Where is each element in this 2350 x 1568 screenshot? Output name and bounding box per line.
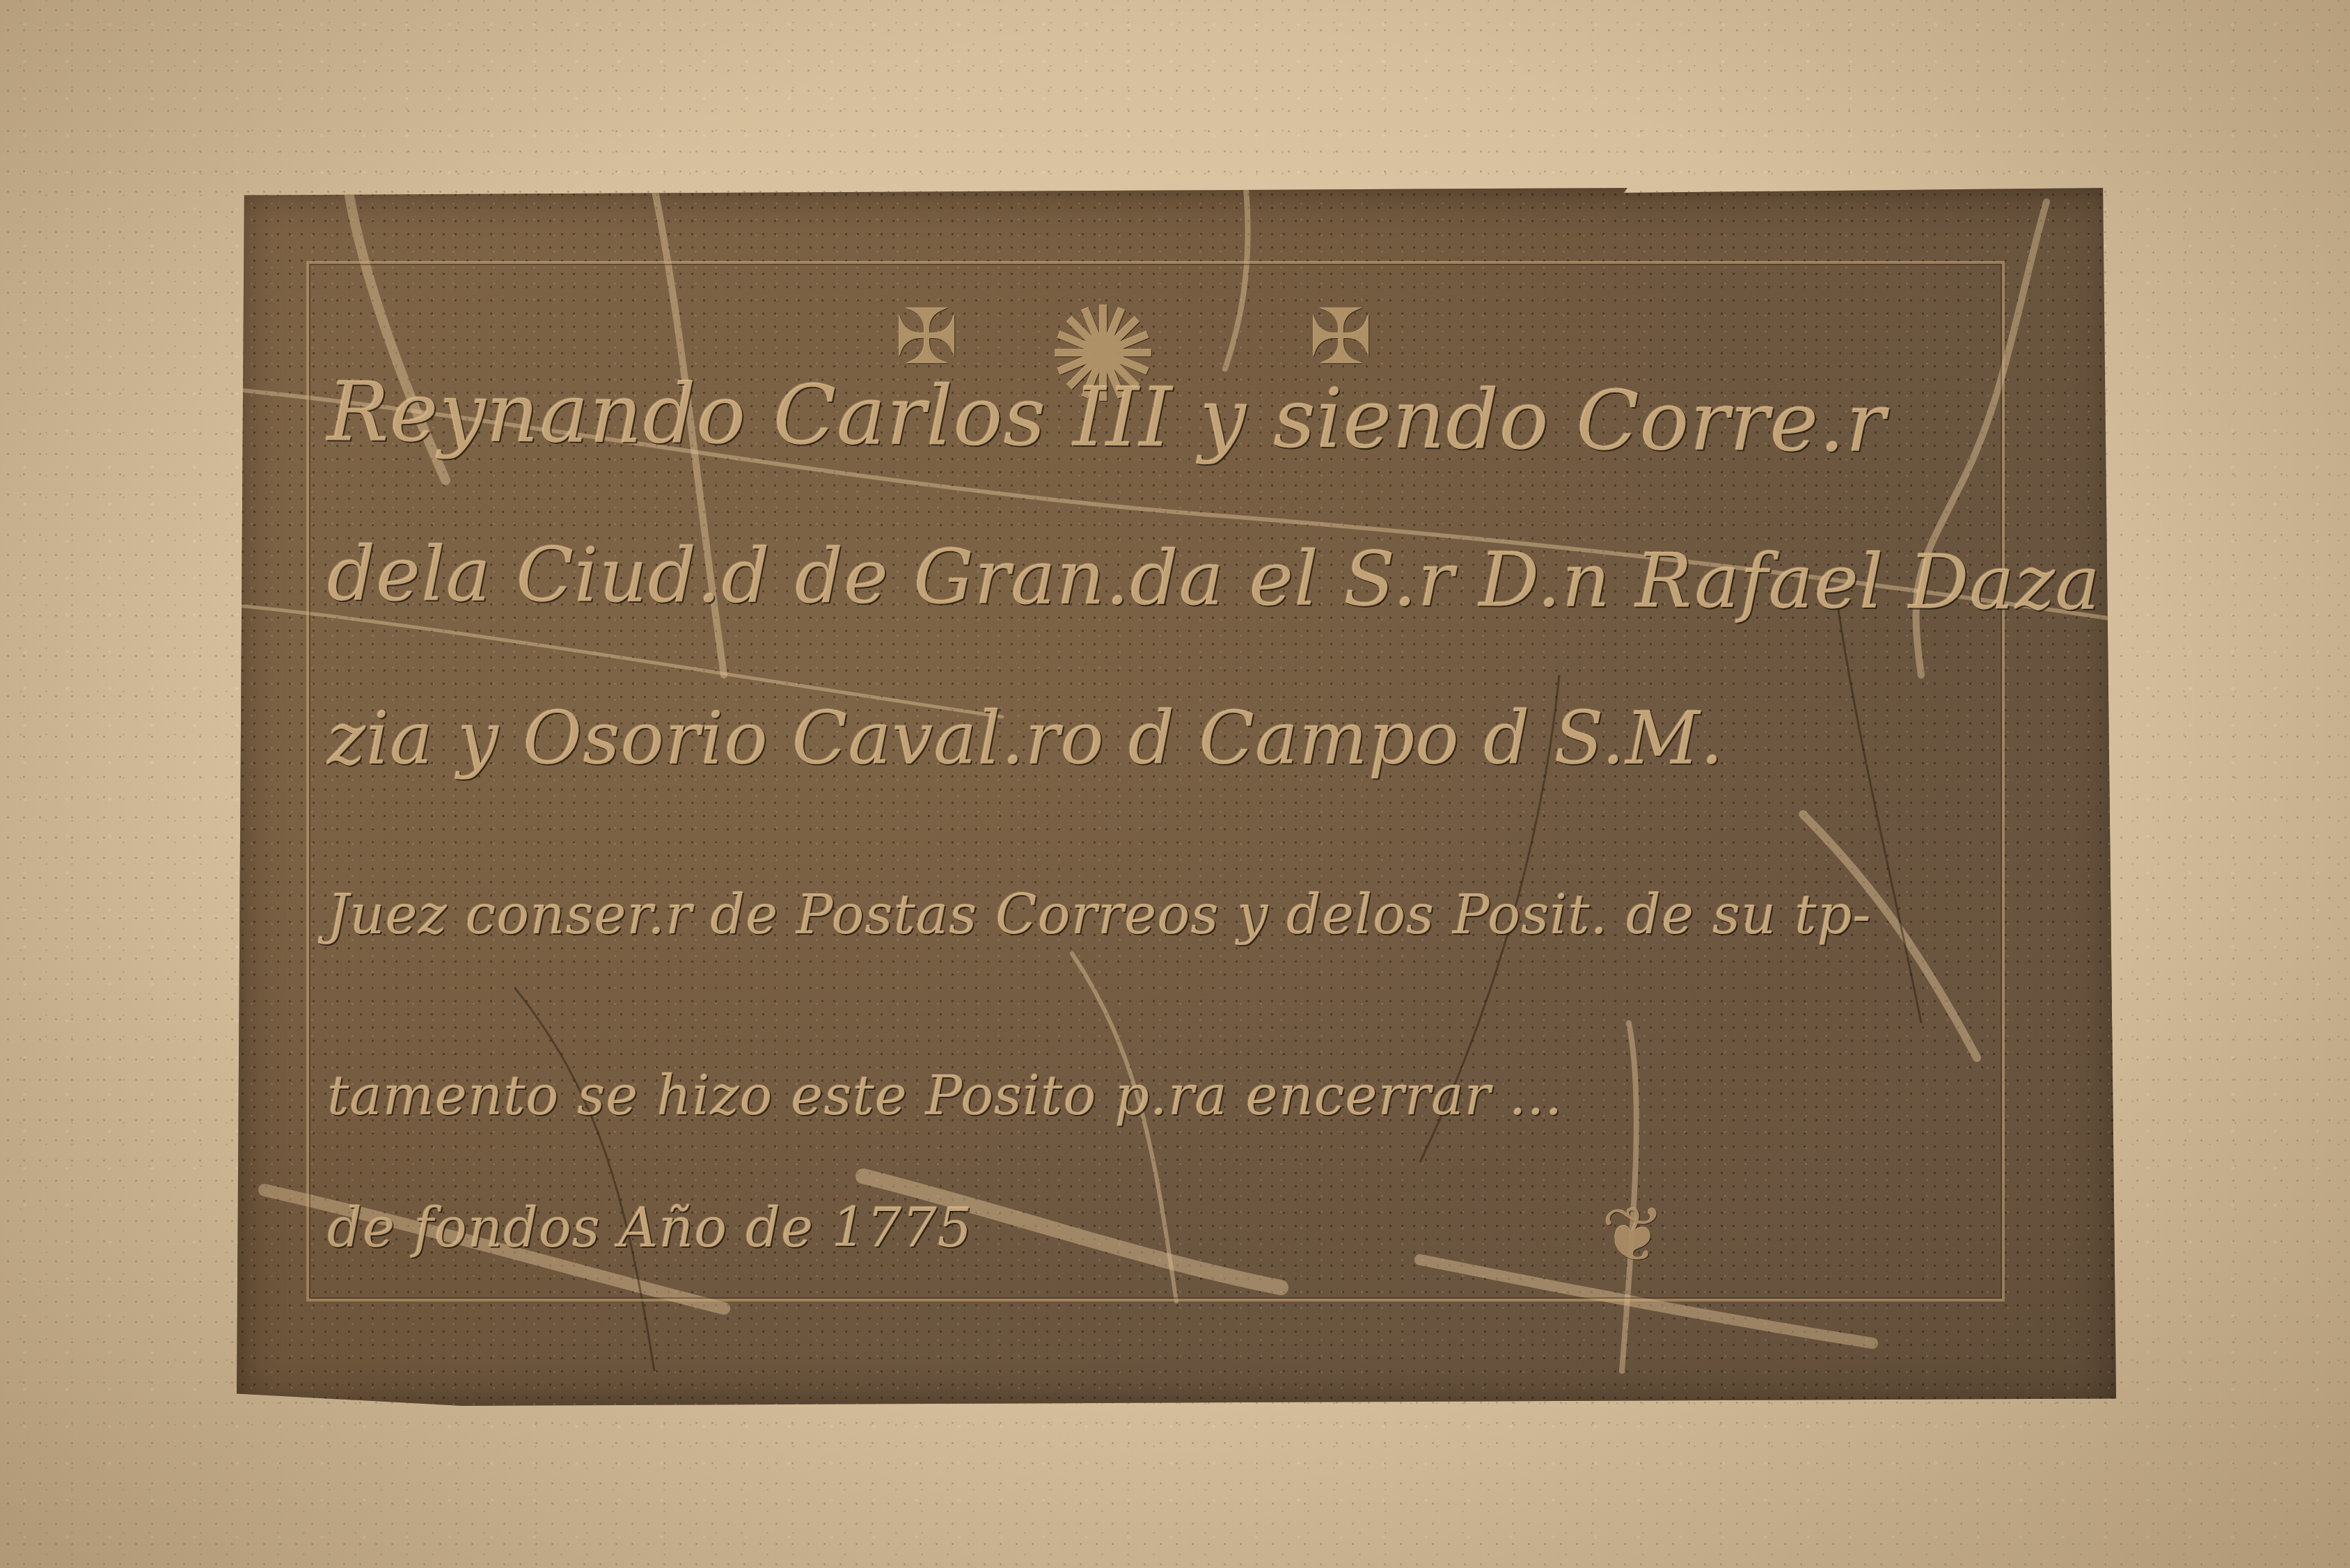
inscription-line: Juez conser.r de Postas Correos y delos … <box>327 884 1872 947</box>
inscription-line: dela Ciud.d de Gran.da el S.r D.n Rafael… <box>327 531 2299 628</box>
cross-pattee-icon: ✠ <box>1309 292 1373 381</box>
inscription-line: de fondos Año de 1775 <box>327 1197 972 1260</box>
inscription: Reynando Carlos III y siendo Corre.r del… <box>327 369 1984 1288</box>
stone-plaque: ✠ ✺ ✠ Reynando Carlos III y siendo Corre… <box>237 188 2116 1406</box>
floral-flourish-icon: ❦ <box>1601 1190 1665 1279</box>
inscription-line: Reynando Carlos III y siendo Corre.r <box>327 363 1886 470</box>
inscription-line: zia y Osorio Caval.ro d Campo d S.M. <box>327 696 1724 781</box>
inscription-line: tamento se hizo este Posito p.ra encerra… <box>327 1065 1563 1127</box>
